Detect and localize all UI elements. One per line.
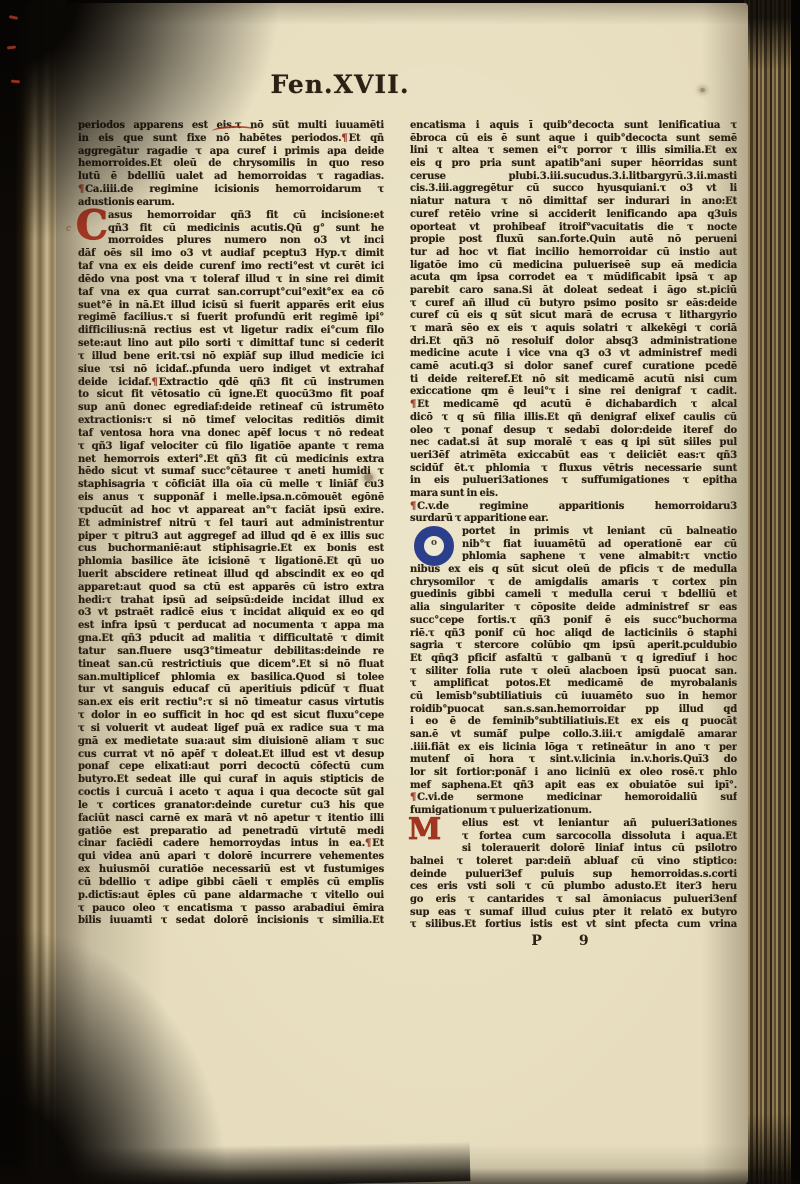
text-line: oleo τ ponaf desup τ sedabī dolor:deide … [410, 425, 737, 438]
text-line: tineat san.cū restrictiuis que dicem°.Et… [78, 659, 384, 672]
text-line: dēdo vna post vna τ toleraf illud τ in s… [78, 274, 384, 287]
guide-letter-c: c [66, 224, 71, 234]
text-line: parebit caro sana.Si āt doleat sedeat i … [410, 285, 737, 298]
text-line: ¶Ca.iiii.de regimine icisionis hemorroid… [78, 184, 384, 197]
text-line: ponaf cepe elixati:aut porri decoctū cōf… [78, 761, 384, 774]
text-line: sagria τ stercore colūbio qm ipsū aperit… [410, 640, 737, 653]
text-line: τ amplificat potos.Et medicamē de myroba… [410, 678, 737, 691]
text-line: siue τsi nō icidaf..pfunda uero indiget … [78, 364, 384, 377]
text-line: gnā ex medietate sua:aut sim diuisionē a… [78, 736, 384, 749]
text-line: τ siliter folia rute τ oleū alacboen ips… [410, 666, 737, 679]
text-line: nib°τ fiat iuuamētū ad operationē ear cū [410, 539, 737, 552]
text-line: succ°cepe fortis.τ qñ3 ponif ē eis succ°… [410, 615, 737, 628]
text-line: dri.Et qñ3 nō resoluif dolor absq3 admin… [410, 336, 737, 349]
text-line: ligatōe imo cū medicina pulueriseē sup e… [410, 260, 737, 273]
text-line: aggregātur ragadie τ apa curef i primis … [78, 146, 384, 159]
text-line: i eo ē de feminib°subtiliatiuis.Et ex ei… [410, 716, 737, 729]
red-edge-mark [9, 15, 18, 20]
text-line: regimē facilius.τ si fuerit profundū eri… [78, 312, 384, 325]
text-line: si tolerauerit dolorē liniaf intus cū ps… [410, 843, 737, 856]
pilcrow-rubric: ¶ [410, 501, 417, 512]
text-line: ceruse plubi.3.iii.sucudus.3.i.litbargyr… [410, 171, 737, 184]
text-line: sup anū donec egrediaf:deide retineaf cū… [78, 402, 384, 415]
text-line: τ si voluerit vt audeat ligef puā ex rad… [78, 723, 384, 736]
text-column-right: o M encatisma i aquis ī quib°decocta sun… [410, 120, 737, 932]
text-line: propie post fluxū san.forte.Quin autē nō… [410, 234, 737, 247]
initial-m: M [408, 814, 441, 846]
text-line: ex huiusmōi curatiōe necessariū est vt f… [78, 864, 384, 877]
text-line: eis anus τ supponāf i melle.ipsa.n.cōmou… [78, 492, 384, 505]
pilcrow-rubric: ¶ [78, 184, 85, 195]
text-line: deinde pulueri3ef puluis sup hemorroidas… [410, 869, 737, 882]
text-line: cū bdellio τ adipe gibbi cāeli τ emplēs … [78, 877, 384, 890]
text-line: p.dictīs:aut ēples cū pane aldarmache τ … [78, 890, 384, 903]
text-line: ¶Et medicamē qd acutū ē dichabardich τ a… [410, 399, 737, 412]
text-line: staphisagria τ cōficiāt illa oīa cū mell… [78, 479, 384, 492]
text-line: qñ3 fit cū medicinis acutis.Qū g° sunt h… [78, 223, 384, 236]
text-line: lutū ē bdelliū ualet ad hemorroidas τ ra… [78, 171, 384, 184]
text-line: ces eris vsti soli τ cū plumbo adusto.Et… [410, 881, 737, 894]
page-header: Fen.XVII. [250, 70, 430, 99]
text-line: curef retēio vrine si acciderit lenifica… [410, 209, 737, 222]
text-line: mara sunt in eis. [410, 488, 737, 501]
text-line: lor sit fortior:ponāf i ano liciniū ex o… [410, 767, 737, 780]
text-line: difficilius:nā rectius est vt ligetur ra… [78, 325, 384, 338]
text-line: τ curef añ illud cū butyro psimo posito … [410, 298, 737, 311]
text-line: niatur natura τ nō dimittaf ser indurari… [410, 196, 737, 209]
text-line: τ illud bene erit.τsi nō expiāf sup illu… [78, 351, 384, 364]
text-line: in eis pulueri3ationes τ suffumigationes… [410, 475, 737, 488]
text-line: Et qñq3 pficif asfaltū τ galbanū τ q igr… [410, 653, 737, 666]
text-line: phlomia saphene τ vene almabit:τ vnctio [410, 551, 737, 564]
text-line: san.multiplicef phlomia ex basilica.Quod… [78, 672, 384, 685]
text-line: τ dolor in eo sufficit in hoc qd est sic… [78, 710, 384, 723]
pilcrow-rubric: ¶ [365, 838, 372, 849]
text-line: τ qñ3 ligaf velociter cū filo ligatiōe a… [78, 441, 384, 454]
text-line: τ marā sēo ex eis τ aquis solatri τ alke… [410, 323, 737, 336]
text-line: ti deide reiteref.Et nō sit medicamē acu… [410, 374, 737, 387]
text-line: medicine acute i vice vna q3 o3 vt admin… [410, 348, 737, 361]
text-line: mef saphena.Et qñ3 apit eas ex obuiatōe … [410, 780, 737, 793]
text-line: balnei τ toleret par:deiñ abluaf cū vino… [410, 856, 737, 869]
text-line: deide icidaf.¶Extractio qdē qñ3 fit cū i… [78, 377, 384, 390]
rubric-squiggle [212, 125, 254, 135]
text-line: sete:aut lino aut pilo sorti τ dimittaf … [78, 338, 384, 351]
pilcrow-rubric: ¶ [152, 377, 159, 388]
text-line: portet in primis vt leniant cū balneatio [410, 526, 737, 539]
text-line: bilis iuuamti τ sedat dolorē incisionis … [78, 915, 384, 928]
text-line: τ pauco oleo τ encatisma τ passo arabadi… [78, 903, 384, 916]
text-line: eis q pro pria sunt apatib°ani super hēo… [410, 158, 737, 171]
text-line: surdarū τ apparitione ear. [410, 513, 737, 526]
fore-edge-page-stack [744, 0, 796, 1184]
text-line: nec cadat.si āt sup moralē τ eas q ipi s… [410, 437, 737, 450]
red-edge-mark [11, 80, 20, 84]
text-line: τpducūt ad hoc vt appareat an°τ faciāt i… [78, 505, 384, 518]
ink-stain [700, 88, 705, 92]
text-line: dicō τ q sū filia illis.Et qñ denigraf e… [410, 412, 737, 425]
text-line: faciūt nasci carnē ex marā vt nō apetur … [78, 813, 384, 826]
text-line: ēbroca cū eis ē sunt aque i quib°decocta… [410, 133, 737, 146]
text-line: curef cū eis q sūt sicut marā de ecrusa … [410, 310, 737, 323]
text-line: piper τ pitru3 aut aggregef ad illud qd … [78, 531, 384, 544]
text-line: suet°ē in nā.Et illud icisū si fuerit ap… [78, 300, 384, 313]
text-line: tatur san.fluere usq3°timeatur debilitas… [78, 646, 384, 659]
text-line: elius est vt leniantur añ pulueri3atione… [410, 818, 737, 831]
text-line: roidib°puocat san.s.san.hemorroidar pp i… [410, 704, 737, 717]
initial-c: C [76, 206, 108, 246]
text-line: oporteat vt prohibeaf itroif°vacuitatis … [410, 222, 737, 235]
text-line: tur ad hoc vt fiat incilio hemorroidar c… [410, 247, 737, 260]
text-line: sup eas τ sumaf illud cuius pter it rela… [410, 907, 737, 920]
text-line: cinar faciēdi cadere hemorroydas intus i… [78, 838, 384, 851]
text-line: lini τ altea τ semen ei°τ porror τ illis… [410, 145, 737, 158]
text-line: .iiii.fiāt ex eis licinia lōga τ retineā… [410, 742, 737, 755]
text-line: ¶C.v.de regimine apparitionis hemorroida… [410, 501, 737, 514]
text-line: o3 vt pstraēt radicē eius τ incidat aliq… [78, 607, 384, 620]
text-line: cus currat vt nō apēf τ doleat.Et illud … [78, 749, 384, 762]
text-line: gna.Et qñ3 pducit ad malitia τ difficult… [78, 633, 384, 646]
text-line: dāf oēs sil imo o3 vt audiaf pceptu3 Hyp… [78, 248, 384, 261]
text-line: butyro.Et sedeat ille qui curaf in aquis… [78, 774, 384, 787]
pilcrow-rubric: ¶ [410, 792, 417, 803]
text-line: nibus ex eis q sūt sicut oleū de pficis … [410, 564, 737, 577]
text-line: τ fortea cum sarcocolla dissoluta i aqua… [410, 831, 737, 844]
text-line: acuta qm ipsa corrodet ea τ mūdificabit … [410, 272, 737, 285]
text-line: encatisma i aquis ī quib°decocta sunt le… [410, 120, 737, 133]
text-line: taf vna ex qua currat san.corrupt°cui°ex… [78, 287, 384, 300]
text-line: scidūf ēt.τ phlomia τ fluxus vētris nece… [410, 463, 737, 476]
text-line: tur vt sanguis educaf cū aperitiuis pdic… [78, 684, 384, 697]
text-line: alia singulariter τ cōposite deide admin… [410, 602, 737, 615]
text-line: cis.3.iii.aggregētur cū succo hyusquiani… [410, 183, 737, 196]
text-line: net hemorrois exteri°.Et qñ3 fit cū medi… [78, 454, 384, 467]
text-line: cus buchormaniē:aut stiphisagrie.Et ex b… [78, 543, 384, 556]
text-line: exiccatione qm ē leui°τ i sine rei denig… [410, 386, 737, 399]
pilcrow-rubric: ¶ [341, 133, 348, 144]
guide-letter-o: o [431, 538, 437, 548]
ink-stain [364, 474, 373, 481]
text-line: τ silibus.Et fortius istis est vt sint p… [410, 919, 737, 932]
text-line: asus hemorroidar qñ3 fit cū incisione:et [78, 210, 384, 223]
text-line: mutenf oī hora τ sint.v.licinia in.v.hor… [410, 754, 737, 767]
frame-bottom-shadow [0, 1168, 800, 1184]
text-line: qui videa anū apari τ dolorē incurrere v… [78, 851, 384, 864]
text-line: camē acuti.q3 si dolor sanef curef curat… [410, 361, 737, 374]
pilcrow-rubric: ¶ [410, 399, 417, 410]
signature-mark: P 9 [508, 933, 628, 949]
text-line: apparet:aut quod sa ctū est apparēs cū i… [78, 582, 384, 595]
text-line: hedi:τ trahat ipsū ad seipsū:deide incid… [78, 595, 384, 608]
background-right [791, 0, 800, 1184]
text-line: ¶C.vi.de sermone medicinar hemoroidaliū … [410, 792, 737, 805]
text-line: chrysomilor τ de amigdalis amaris τ cort… [410, 577, 737, 590]
text-line: Et administref nitrū τ fel tauri aut adm… [78, 518, 384, 531]
text-line: extractionis:τ si nō timef velocitas red… [78, 415, 384, 428]
text-line: taf vna ex eis deide curenf imo recti°es… [78, 261, 384, 274]
text-line: riē.τ qñ3 ponif cū hoc aliqd de lacticin… [410, 628, 737, 641]
text-line: hēdo sicut vt sumaf succ°cētauree τ anet… [78, 466, 384, 479]
book-photo: Fen.XVII. C c periodos apparens est eis.… [0, 0, 800, 1184]
text-line: fumigationum τ puluerizationum. [410, 805, 737, 818]
text-line: guedinis gibbi cameli τ medulla cerui τ … [410, 589, 737, 602]
text-line: morroides plures numero non o3 vt inci [78, 235, 384, 248]
text-line: hemorroides.Et oleū de chrysomilis in qu… [78, 158, 384, 171]
text-column-left: C c periodos apparens est eis.τ nō sūt m… [78, 120, 384, 928]
text-line: adustionis earum. [78, 197, 384, 210]
text-line: luerit abscidere retineat illud qd absci… [78, 569, 384, 582]
text-line: san.ex eis erit rectiu°:τ si nō timeatur… [78, 697, 384, 710]
text-line: san.ē vt sumāf pulpe collo.3.iii.τ amigd… [410, 729, 737, 742]
text-line: cū lemīsb°subtiliatiuis cū iuuamēto suo … [410, 691, 737, 704]
text-line: taf ventosa hora vna donec apēf locus τ … [78, 428, 384, 441]
text-line: le τ cortices granator:deinde curetur cu… [78, 800, 384, 813]
text-line: go eris τ cantarides τ sal āmoniacus pul… [410, 894, 737, 907]
text-line: est infra ipsū τ perducat ad nocumenta τ… [78, 620, 384, 633]
text-line: gatiōe est preparatio ad penetradū virtu… [78, 826, 384, 839]
text-line: to sicut fit vētosatio cū igne.Et quocū3… [78, 389, 384, 402]
text-line: ueri3ēf atrimēta exiccabūt eas τ deiiciē… [410, 450, 737, 463]
text-line: phlomia basilice āte icisionē τ ligation… [78, 556, 384, 569]
text-line: coctis i curcuā i aceto τ aqua i qua dec… [78, 787, 384, 800]
